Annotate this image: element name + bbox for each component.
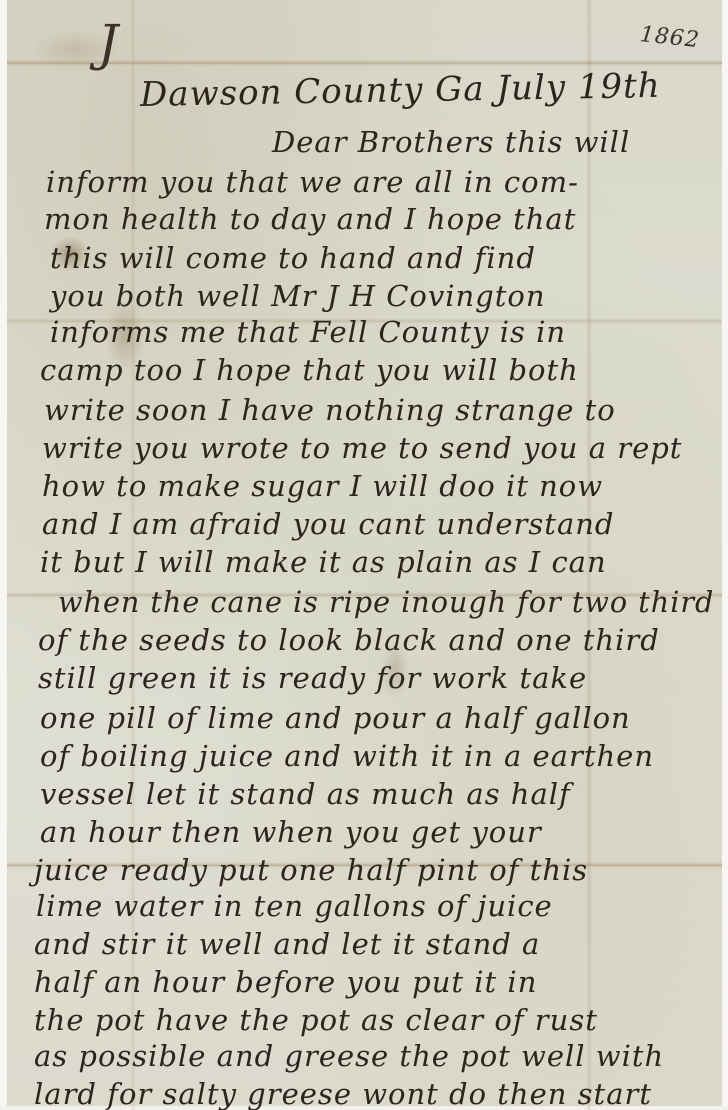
letter-line: juice ready put one half pint of this: [34, 856, 588, 885]
letter-line: you both well Mr J H Covington: [50, 282, 546, 311]
letter-line: this will come to hand and find: [50, 244, 536, 273]
letter-line: informs me that Fell County is in: [50, 318, 566, 347]
letter-line: it but I will make it as plain as I can: [40, 548, 607, 577]
letter-line: one pill of lime and pour a half gallon: [40, 704, 631, 733]
flourish-initial: J: [98, 14, 119, 72]
letter-line: write soon I have nothing strange to: [44, 396, 616, 425]
scan-margin-left: [0, 0, 7, 1110]
salutation: Dear Brothers this will: [272, 128, 630, 157]
scan-margin-right: [722, 0, 728, 1110]
letter-line: of boiling juice and with it in a earthe…: [40, 742, 654, 771]
letter-line: mon health to day and I hope that: [44, 205, 576, 234]
letter-line: of the seeds to look black and one third: [38, 626, 660, 655]
letter-line: when the cane is ripe inough for two thi…: [58, 588, 714, 617]
letter-line: inform you that we are all in com-: [46, 168, 579, 197]
place-and-date: Dawson County Ga July 19th: [140, 66, 661, 115]
letter-page: J 1862 Dawson County Ga July 19th Dear B…: [0, 0, 728, 1110]
letter-line: an hour then when you get your: [40, 818, 542, 847]
letter-line: how to make sugar I will doo it now: [42, 472, 603, 501]
letter-line: write you wrote to me to send you a rept: [42, 434, 682, 463]
letter-line: lime water in ten gallons of juice: [36, 892, 553, 921]
letter-line: vessel let it stand as much as half: [40, 780, 571, 809]
letter-line: still green it is ready for work take: [38, 664, 587, 693]
letter-line: the pot have the pot as clear of rust: [34, 1006, 598, 1035]
year-annotation: 1862: [639, 22, 701, 53]
letter-line: camp too I hope that you will both: [40, 356, 579, 385]
letter-line: and I am afraid you cant understand: [42, 510, 615, 539]
letter-line: half an hour before you put it in: [34, 968, 537, 997]
letter-line: as possible and greese the pot well with: [34, 1042, 664, 1071]
letter-line: and stir it well and let it stand a: [34, 930, 540, 959]
letter-line: lard for salty greese wont do then start: [34, 1080, 652, 1109]
